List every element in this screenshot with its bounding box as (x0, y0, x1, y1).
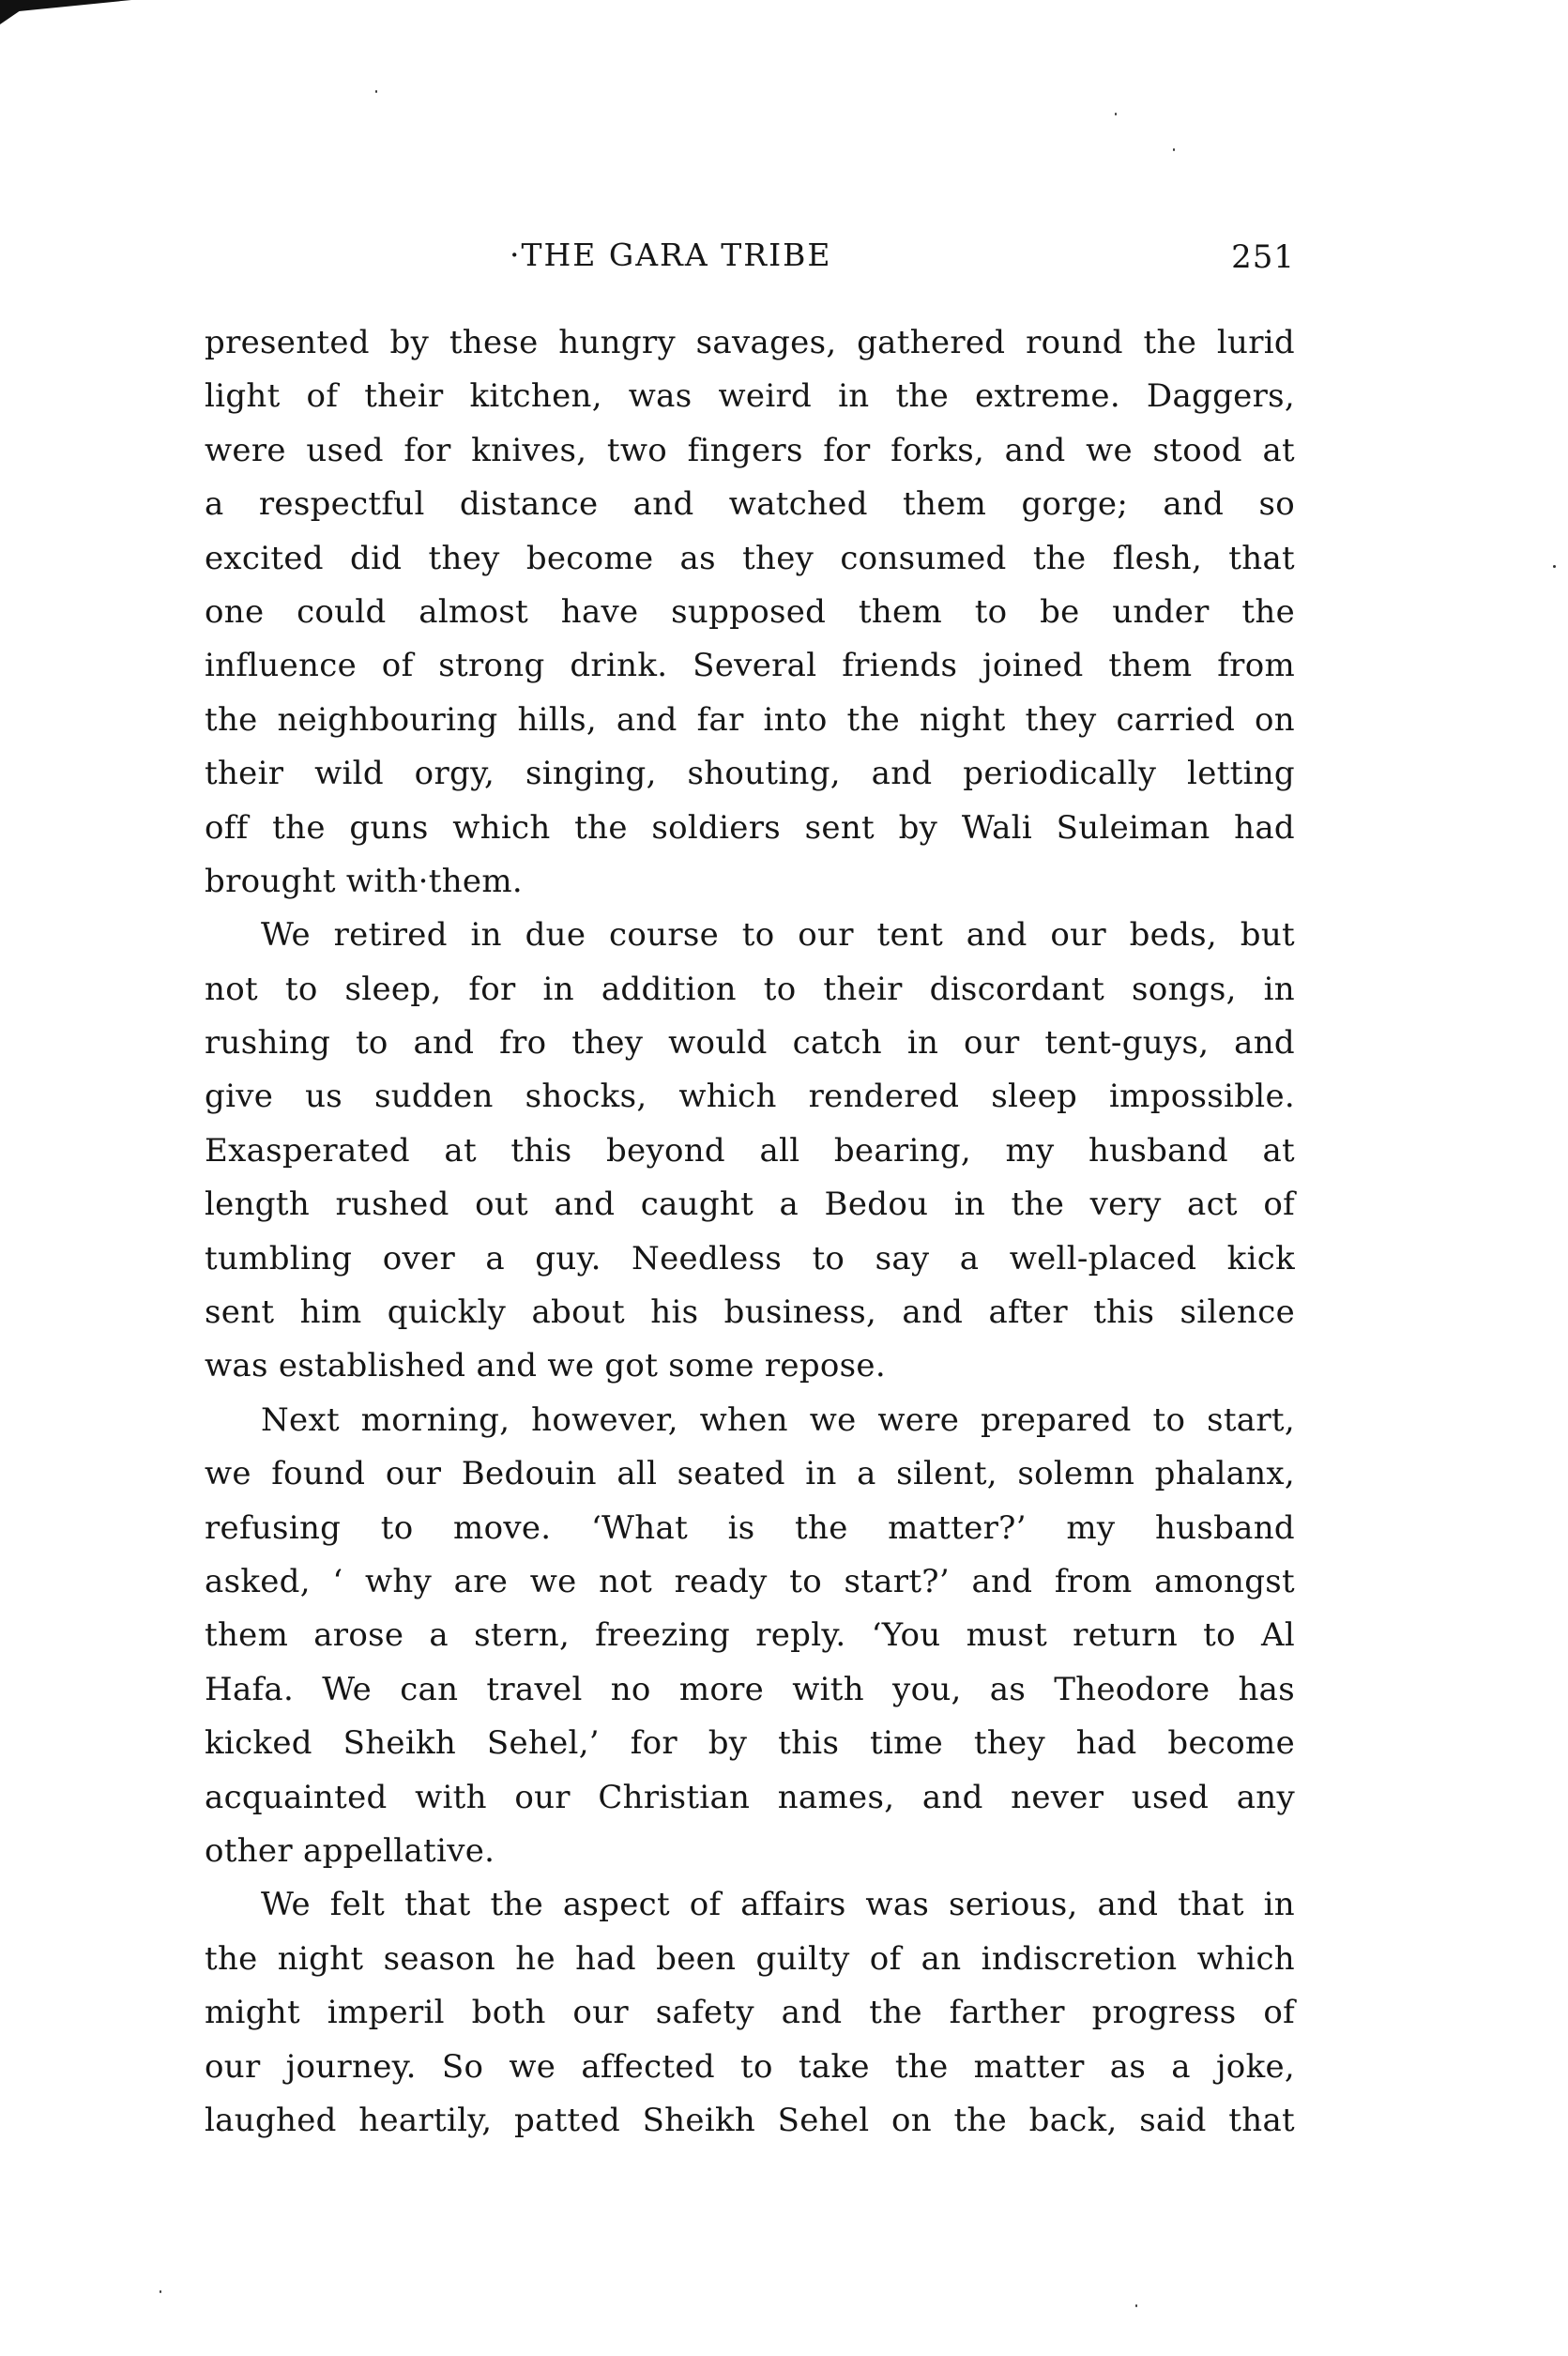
text-line: asked, ‘ why are we not ready to start?’… (205, 1555, 1295, 1609)
scan-speck (1135, 2304, 1137, 2307)
text-line: we found our Bedouin all seated in a sil… (205, 1447, 1295, 1501)
text-line: the neighbouring hills, and far into the… (205, 694, 1295, 747)
text-line: our journey. So we affected to take the … (205, 2041, 1295, 2094)
running-head: ·THE GARA TRIBE 251 (205, 237, 1295, 283)
paragraph-2: We retired in due course to our tent and… (205, 909, 1295, 1394)
running-title: ·THE GARA TRIBE (510, 237, 831, 273)
scan-speck (1115, 113, 1117, 115)
text-line: rushing to and fro they would catch in o… (205, 1017, 1295, 1070)
text-line: their wild orgy, singing, shouting, and … (205, 747, 1295, 801)
text-line: kicked Sheikh Sehel,’ for by this time t… (205, 1717, 1295, 1770)
text-line: We felt that the aspect of affairs was s… (205, 1878, 1295, 1932)
text-line: was established and we got some repose. (205, 1339, 1295, 1393)
text-line: excited did they become as they consumed… (205, 532, 1295, 586)
text-line: sent him quickly about his business, and… (205, 1286, 1295, 1339)
paragraph-4: We felt that the aspect of affairs was s… (205, 1878, 1295, 2148)
text-line: off the guns which the soldiers sent by … (205, 802, 1295, 855)
text-line: light of their kitchen, was weird in the… (205, 370, 1295, 423)
scan-speck (160, 2290, 161, 2293)
text-line: not to sleep, for in addition to their d… (205, 963, 1295, 1017)
text-line: influence of strong drink. Several frien… (205, 639, 1295, 693)
text-line: a respectful distance and watched them g… (205, 478, 1295, 531)
text-line: brought with·them. (205, 855, 1295, 909)
text-line: tumbling over a guy. Needless to say a w… (205, 1232, 1295, 1286)
text-line: Next morning, however, when we were prep… (205, 1394, 1295, 1447)
text-line: Hafa. We can travel no more with you, as… (205, 1663, 1295, 1717)
scan-corner-mark (0, 0, 131, 13)
paragraph-1: presented by these hungry savages, gathe… (205, 316, 1295, 909)
text-line: one could almost have supposed them to b… (205, 586, 1295, 639)
text-line: presented by these hungry savages, gathe… (205, 316, 1295, 370)
text-line: give us sudden shocks, which rendered sl… (205, 1070, 1295, 1124)
text-line: might imperil both our safety and the fa… (205, 1986, 1295, 2040)
body-text: presented by these hungry savages, gathe… (205, 316, 1295, 2148)
text-line: other appellative. (205, 1825, 1295, 1878)
scan-speck (1173, 148, 1175, 151)
text-line: refusing to move. ‘What is the matter?’ … (205, 1502, 1295, 1555)
text-line: acquainted with our Christian names, and… (205, 1771, 1295, 1825)
text-line: them arose a stern, freezing reply. ‘You… (205, 1609, 1295, 1662)
paragraph-3: Next morning, however, when we were prep… (205, 1394, 1295, 1879)
scan-speck (375, 90, 377, 93)
page-number: 251 (1231, 238, 1295, 276)
text-line: were used for knives, two fingers for fo… (205, 424, 1295, 478)
scan-speck (1553, 565, 1556, 568)
text-line: length rushed out and caught a Bedou in … (205, 1178, 1295, 1232)
text-line: We retired in due course to our tent and… (205, 909, 1295, 962)
text-line: Exasperated at this beyond all bearing, … (205, 1124, 1295, 1178)
text-line: laughed heartily, patted Sheikh Sehel on… (205, 2094, 1295, 2148)
text-line: the night season he had been guilty of a… (205, 1933, 1295, 1986)
